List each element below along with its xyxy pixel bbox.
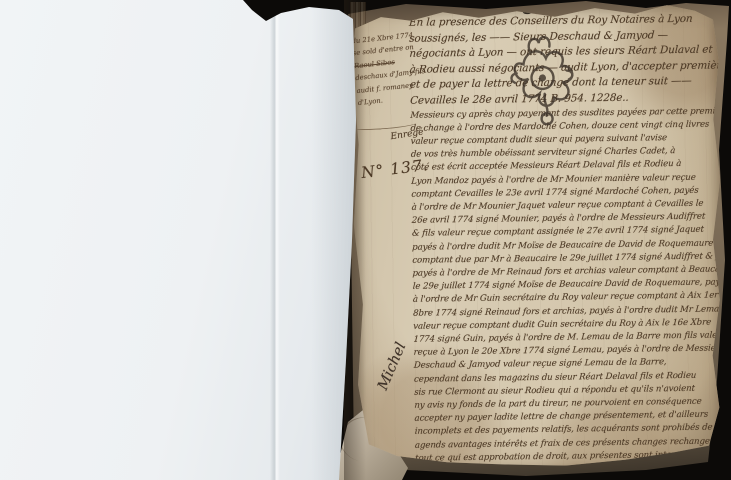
- left-blank-page: [0, 0, 365, 480]
- archival-photo: du 21e Xbre 1774se sold d'entre onRaoul …: [0, 0, 731, 480]
- ink-stamp-icon: [487, 24, 598, 136]
- page-fold-crease: [270, 0, 280, 480]
- manuscript-page: du 21e Xbre 1774se sold d'entre onRaoul …: [347, 0, 728, 479]
